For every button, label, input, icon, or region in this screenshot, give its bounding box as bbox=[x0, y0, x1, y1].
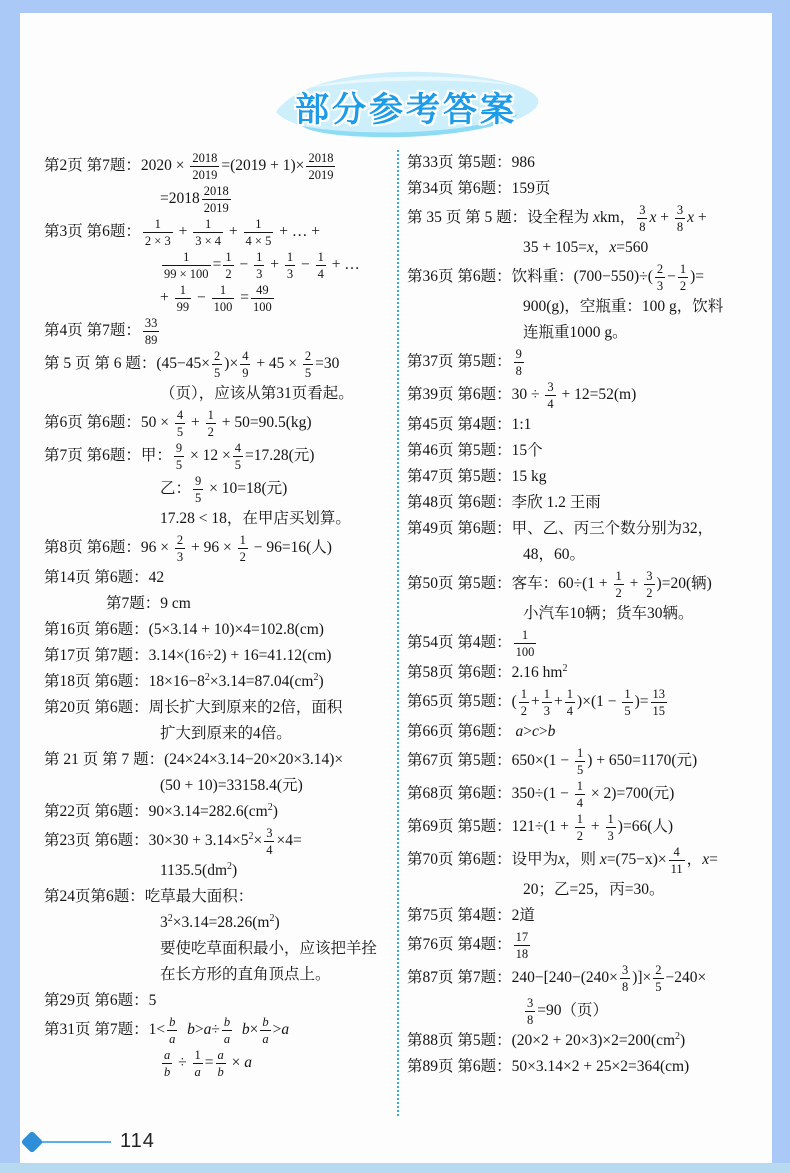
fraction: 12 bbox=[206, 408, 216, 439]
answer-line: 在长方形的直角顶点上。 bbox=[44, 962, 394, 988]
answer-line: 第65页 第5题：(12+13+14)×(1 − 15)=1315 bbox=[407, 686, 772, 719]
fraction: 13 bbox=[606, 812, 616, 843]
fraction: 23 bbox=[655, 262, 665, 293]
answers-section: 第2页 第7题：2020 × 20182019=(2019 + 1)×20182… bbox=[44, 150, 772, 1116]
fraction: 14 × 5 bbox=[244, 217, 274, 248]
answer-line: 第66页 第6题： a>c>b bbox=[407, 719, 772, 745]
answer-line: 第20页 第6题：周长扩大到原来的2倍，面积 bbox=[44, 695, 394, 721]
answer-line: 第 35 页 第 5 题：设全程为 xkm，38x + 38x + bbox=[407, 202, 772, 235]
page-border-bottom bbox=[0, 1163, 790, 1173]
fraction: 12 bbox=[678, 262, 688, 293]
math-variable: a bbox=[244, 1054, 252, 1071]
page-border-top bbox=[0, 0, 790, 13]
right-column: 第33页 第5题：986第34页 第6题：159页第 35 页 第 5 题：设全… bbox=[399, 150, 772, 1116]
page-title: 部分参考答案 bbox=[268, 82, 544, 131]
answer-line: 第54页 第4题：1100 bbox=[407, 627, 772, 660]
answer-line: 小汽车10辆；货车30辆。 bbox=[407, 601, 772, 627]
superscript: 2 bbox=[313, 672, 318, 683]
answer-line: 第33页 第5题：986 bbox=[407, 150, 772, 176]
fraction: ba bbox=[167, 1015, 177, 1046]
math-variable: b bbox=[242, 1021, 250, 1038]
answer-line: 第47页 第5题：15 kg bbox=[407, 464, 772, 490]
fraction: 1a bbox=[193, 1048, 203, 1079]
answer-line: 第 5 页 第 6 题：(45−45×25)×49 + 45 × 25=30 bbox=[44, 348, 394, 381]
fraction: 1100 bbox=[514, 628, 537, 659]
answer-line: 32×3.14=28.26(m2) bbox=[44, 910, 394, 936]
answer-line: 第69页 第5题：121÷(1 + 12 + 13)=66(人) bbox=[407, 811, 772, 844]
fraction: 45 bbox=[175, 408, 185, 439]
math-variable: b bbox=[548, 723, 556, 740]
answer-line: 第45页 第4题：1:1 bbox=[407, 412, 772, 438]
answer-line: 第29页 第6题：5 bbox=[44, 988, 394, 1014]
fraction: 15 bbox=[622, 687, 632, 718]
superscript: 2 bbox=[168, 913, 173, 924]
page-footer: 114 bbox=[24, 1130, 155, 1153]
fraction: 199 × 100 bbox=[162, 250, 211, 281]
page-border-left bbox=[0, 0, 20, 1173]
fraction: 1718 bbox=[514, 930, 531, 961]
fraction: 25 bbox=[653, 963, 663, 994]
superscript: 2 bbox=[205, 672, 210, 683]
fraction: 12 bbox=[614, 569, 624, 600]
answer-line: 第7页 第6题：甲：95 × 12 ×45=17.28(元) bbox=[44, 440, 394, 473]
fraction: 14 bbox=[316, 250, 326, 281]
fraction: 20182019 bbox=[306, 151, 335, 182]
fraction: 13 bbox=[285, 250, 295, 281]
fraction: 32 bbox=[644, 569, 654, 600]
fraction: 12 × 3 bbox=[143, 217, 173, 248]
answer-line: 第34页 第6题：159页 bbox=[407, 176, 772, 202]
fraction: 20182019 bbox=[202, 184, 231, 215]
answer-line: ab ÷ 1a=ab × a bbox=[44, 1047, 394, 1080]
answer-line: 第16页 第6题：(5×3.14 + 10)×4=102.8(cm) bbox=[44, 617, 394, 643]
fraction: 1315 bbox=[651, 687, 668, 718]
fraction: 49 bbox=[240, 349, 250, 380]
math-variable: x bbox=[600, 851, 607, 868]
fraction: 12 bbox=[519, 687, 529, 718]
answer-line: 第89页 第6题：50×3.14×2 + 25×2=364(cm) bbox=[407, 1054, 772, 1080]
fraction: 411 bbox=[669, 845, 685, 876]
fraction: 38 bbox=[675, 203, 685, 234]
math-variable: a bbox=[281, 1021, 289, 1038]
fraction: 14 bbox=[575, 779, 585, 810]
fraction: 3389 bbox=[143, 316, 160, 347]
fraction: 12 bbox=[575, 812, 585, 843]
math-variable: x bbox=[609, 239, 616, 256]
answer-line: 乙：95 × 10=18(元) bbox=[44, 473, 394, 506]
answer-line: 第6页 第6题：50 × 45 + 12 + 50=90.5(kg) bbox=[44, 407, 394, 440]
answer-line: 第46页 第5题：15个 bbox=[407, 438, 772, 464]
left-column: 第2页 第7题：2020 × 20182019=(2019 + 1)×20182… bbox=[44, 150, 394, 1116]
math-variable: a bbox=[204, 1021, 212, 1038]
math-variable: a bbox=[516, 723, 524, 740]
fraction: ba bbox=[222, 1015, 232, 1046]
answer-line: 第49页 第6题：甲、乙、丙三个数分别为32， bbox=[407, 516, 772, 542]
math-variable: x bbox=[649, 209, 656, 226]
answer-line: + 199 − 1100 =49100 bbox=[44, 282, 394, 315]
answer-line: （页），应该从第31页看起。 bbox=[44, 381, 394, 407]
answer-line: 第75页 第4题：2道 bbox=[407, 903, 772, 929]
math-variable: b bbox=[187, 1021, 195, 1038]
answer-line: 扩大到原来的4倍。 bbox=[44, 721, 394, 747]
fraction: 34 bbox=[545, 380, 555, 411]
superscript: 2 bbox=[248, 831, 253, 842]
fraction: 95 bbox=[193, 474, 203, 505]
answer-line: 38=90（页） bbox=[407, 995, 772, 1028]
answer-line: 第76页 第4题：1718 bbox=[407, 929, 772, 962]
answer-line: 第58页 第6题：2.16 hm2 bbox=[407, 660, 772, 686]
fraction: 34 bbox=[264, 826, 274, 857]
fraction: 38 bbox=[620, 963, 630, 994]
superscript: 2 bbox=[268, 802, 273, 813]
fraction: 13 bbox=[542, 687, 552, 718]
answer-line: 20；乙=25，丙=30。 bbox=[407, 877, 772, 903]
superscript: 2 bbox=[227, 861, 232, 872]
answer-line: 17.28 < 18，在甲店买划算。 bbox=[44, 506, 394, 532]
answer-line: 第39页 第6题：30 ÷ 34 + 12=52(m) bbox=[407, 379, 772, 412]
superscript: 2 bbox=[675, 1031, 680, 1042]
answer-line: 第7题：9 cm bbox=[44, 591, 394, 617]
page-number: 114 bbox=[120, 1130, 155, 1153]
answer-line: 第48页 第6题：李欣 1.2 王雨 bbox=[407, 490, 772, 516]
answer-line: 第17页 第7题：3.14×(16÷2) + 16=41.12(cm) bbox=[44, 643, 394, 669]
answer-line: 第68页 第6题：350÷(1 − 14 × 2)=700(元) bbox=[407, 778, 772, 811]
diamond-icon bbox=[21, 1130, 44, 1153]
answer-line: (50 + 10)=33158.4(元) bbox=[44, 773, 394, 799]
answer-line: 要使吃草面积最小，应该把羊拴 bbox=[44, 936, 394, 962]
answer-line: 35 + 105=x，x=560 bbox=[407, 235, 772, 261]
answer-line: 1135.5(dm2) bbox=[44, 858, 394, 884]
fraction: 23 bbox=[175, 533, 185, 564]
fraction: 25 bbox=[212, 349, 222, 380]
answer-line: 199 × 100=12 − 13 + 13 − 14 + … bbox=[44, 249, 394, 282]
fraction: 20182019 bbox=[190, 151, 219, 182]
answer-line: 第50页 第5题：客车：60÷(1 + 12 + 32)=20(辆) bbox=[407, 568, 772, 601]
answer-line: 900(g)，空瓶重：100 g，饮料 bbox=[407, 294, 772, 320]
answer-line: 第36页 第6题：饮料重：(700−550)÷(23−12)= bbox=[407, 261, 772, 294]
fraction: 38 bbox=[525, 996, 535, 1027]
math-variable: x bbox=[587, 239, 594, 256]
fraction: 95 bbox=[174, 441, 184, 472]
fraction: 12 bbox=[223, 250, 233, 281]
fraction: 98 bbox=[514, 347, 524, 378]
math-variable: c bbox=[532, 723, 539, 740]
fraction: 25 bbox=[303, 349, 313, 380]
fraction: 14 bbox=[565, 687, 575, 718]
fraction: 15 bbox=[575, 746, 585, 777]
answer-line: 第23页 第6题：30×30 + 3.14×52×34×4= bbox=[44, 825, 394, 858]
page-border-right bbox=[772, 0, 790, 1173]
fraction: ab bbox=[162, 1048, 172, 1079]
answer-line: 第67页 第5题：650×(1 − 15) + 650=1170(元) bbox=[407, 745, 772, 778]
answer-line: 第3页 第6题：12 × 3 + 13 × 4 + 14 × 5 + … + bbox=[44, 216, 394, 249]
math-variable: x bbox=[702, 851, 709, 868]
fraction: 45 bbox=[233, 441, 243, 472]
math-variable: x bbox=[687, 209, 694, 226]
answer-line: 第4页 第7题：3389 bbox=[44, 315, 394, 348]
superscript: 2 bbox=[269, 913, 274, 924]
answer-line: 48，60。 bbox=[407, 542, 772, 568]
answer-line: 第8页 第6题：96 × 23 + 96 × 12 − 96=16(人) bbox=[44, 532, 394, 565]
fraction: 13 × 4 bbox=[193, 217, 223, 248]
answer-line: 第70页 第6题：设甲为x，则 x=(75−x)×411，x= bbox=[407, 844, 772, 877]
math-variable: x bbox=[593, 209, 600, 226]
answer-line: 第37页 第5题：98 bbox=[407, 346, 772, 379]
fraction: 1100 bbox=[212, 283, 235, 314]
answer-line: 第 21 页 第 7 题：(24×24×3.14−20×20×3.14)× bbox=[44, 747, 394, 773]
math-variable: x bbox=[558, 851, 565, 868]
answer-line: 第22页 第6题：90×3.14=282.6(cm2) bbox=[44, 799, 394, 825]
fraction: 199 bbox=[175, 283, 192, 314]
answer-line: 第18页 第6题：18×16−82×3.14=87.04(cm2) bbox=[44, 669, 394, 695]
answer-line: 第2页 第7题：2020 × 20182019=(2019 + 1)×20182… bbox=[44, 150, 394, 183]
fraction: ab bbox=[216, 1048, 226, 1079]
answer-line: 第14页 第6题：42 bbox=[44, 565, 394, 591]
answer-line: 第31页 第7题：1<ba b>a÷ba b×ba>a bbox=[44, 1014, 394, 1047]
fraction: ba bbox=[260, 1015, 270, 1046]
answer-line: 第87页 第7题：240−[240−(240×38)]×25−240× bbox=[407, 962, 772, 995]
fraction: 13 bbox=[254, 250, 264, 281]
fraction: 38 bbox=[637, 203, 647, 234]
title-banner: 部分参考答案 bbox=[268, 66, 544, 146]
answer-line: 连瓶重1000 g。 bbox=[407, 320, 772, 346]
fraction: 12 bbox=[238, 533, 248, 564]
footer-rule bbox=[41, 1141, 111, 1143]
answer-line: 第88页 第5题：(20×2 + 20×3)×2=200(cm2) bbox=[407, 1028, 772, 1054]
answer-line: =201820182019 bbox=[44, 183, 394, 216]
fraction: 49100 bbox=[251, 283, 274, 314]
superscript: 2 bbox=[562, 663, 567, 674]
answer-line: 第24页第6题：吃草最大面积： bbox=[44, 884, 394, 910]
